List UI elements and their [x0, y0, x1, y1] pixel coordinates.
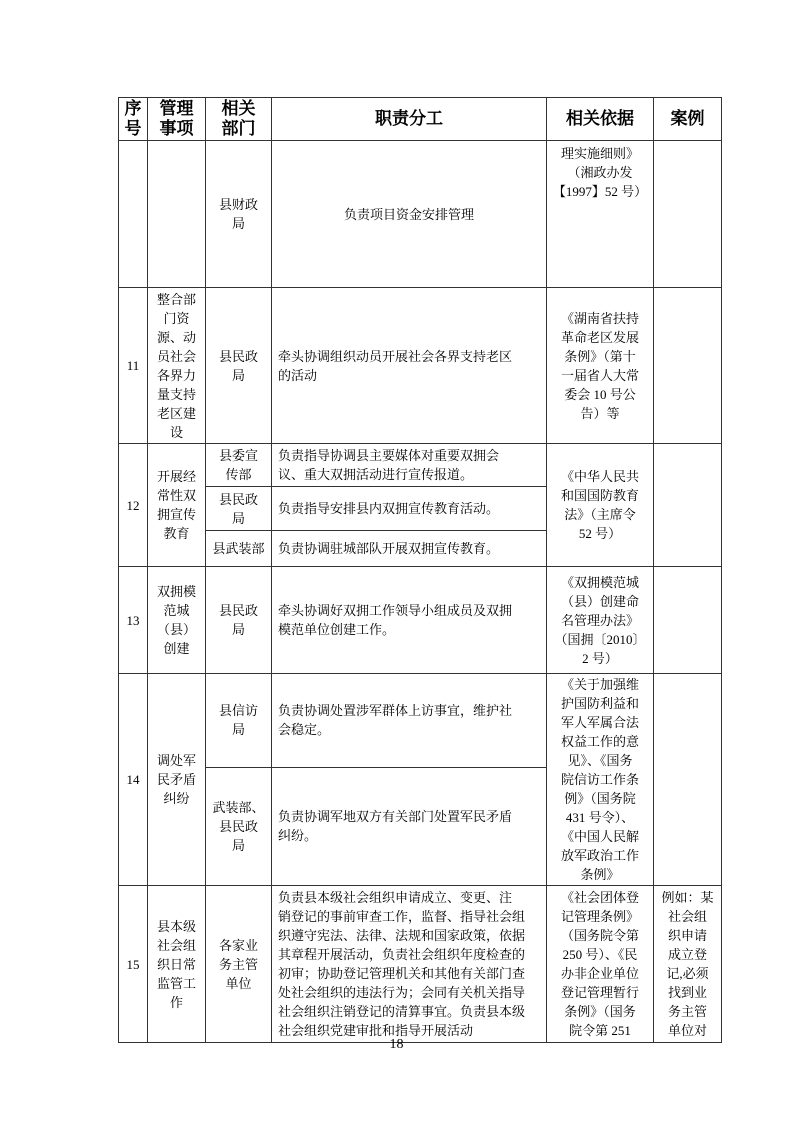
cell-case	[654, 141, 722, 288]
cell-basis: 《关于加强维 护国防利益和 军人军属合法 权益工作的意 见》、《国务 院信访工作…	[547, 674, 654, 886]
cell-case	[654, 674, 722, 886]
cell-matter: 县本级 社会组 织日常 监管工 作	[148, 886, 206, 1043]
cell-seq: 13	[119, 567, 148, 674]
cell-duty: 负责协调驻城部队开展双拥宣传教育。	[272, 531, 547, 567]
cell-duty: 负责项目资金安排管理	[272, 141, 547, 288]
cell-basis: 《中华人民共 和国国防教育 法》（主席令 52 号）	[547, 444, 654, 567]
cell-dept: 各家业 务主管 单位	[206, 886, 272, 1043]
cell-matter	[148, 141, 206, 288]
cell-dept: 县民政 局	[206, 487, 272, 531]
cell-dept: 县财政 局	[206, 141, 272, 288]
cell-duty: 牵头协调组织动员开展社会各界支持老区 的活动	[272, 288, 547, 444]
cell-seq: 14	[119, 674, 148, 886]
header-dept: 相关 部门	[206, 98, 272, 141]
cell-basis: 《双拥模范城 （县）创建命 名管理办法》 （国拥〔2010〕 2 号）	[547, 567, 654, 674]
cell-duty: 负责指导安排县内双拥宣传教育活动。	[272, 487, 547, 531]
cell-duty: 负责县本级社会组织申请成立、变更、注 销登记的事前审查工作，监督、指导社会组 织…	[272, 886, 547, 1043]
table-row: 13 双拥模 范城 （县） 创建 县民政 局 牵头协调好双拥工作领导小组成员及双…	[119, 567, 722, 674]
page-number: 18	[0, 1036, 793, 1054]
header-seq: 序 号	[119, 98, 148, 141]
header-case: 案例	[654, 98, 722, 141]
header-basis: 相关依据	[547, 98, 654, 141]
cell-matter: 整合部 门资 源、动 员社会 各界力 量支持 老区建 设	[148, 288, 206, 444]
cell-seq	[119, 141, 148, 288]
cell-duty: 负责协调处置涉军群体上访事宜，维护社 会稳定。	[272, 674, 547, 768]
cell-case	[654, 288, 722, 444]
cell-basis: 《社会团体登 记管理条例》 （国务院令第 250 号）、《民 办非企业单位 登记…	[547, 886, 654, 1043]
cell-duty: 负责指导协调县主要媒体对重要双拥会 议、重大双拥活动进行宣传报道。	[272, 444, 547, 487]
cell-dept: 县民政 局	[206, 567, 272, 674]
table-row: 14 调处军 民矛盾 纠纷 县信访 局 负责协调处置涉军群体上访事宜，维护社 会…	[119, 674, 722, 768]
cell-dept: 县民政 局	[206, 288, 272, 444]
cell-duty: 负责协调军地双方有关部门处置军民矛盾 纠纷。	[272, 767, 547, 885]
cell-basis: 《湖南省扶持 革命老区发展 条例》（第十 一届省人大常 委会 10 号公 告）等	[547, 288, 654, 444]
cell-dept: 县武装部	[206, 531, 272, 567]
cell-matter: 开展经 常性双 拥宣传 教育	[148, 444, 206, 567]
cell-seq: 12	[119, 444, 148, 567]
cell-seq: 11	[119, 288, 148, 444]
table-row: 15 县本级 社会组 织日常 监管工 作 各家业 务主管 单位 负责县本级社会组…	[119, 886, 722, 1043]
table-header-row: 序 号 管理 事项 相关 部门 职责分工 相关依据 案例	[119, 98, 722, 141]
table-row: 县财政 局 负责项目资金安排管理 理实施细则》 （湘政办发 【1997】52 号…	[119, 141, 722, 288]
cell-matter: 双拥模 范城 （县） 创建	[148, 567, 206, 674]
cell-matter: 调处军 民矛盾 纠纷	[148, 674, 206, 886]
cell-dept: 县委宣 传部	[206, 444, 272, 487]
cell-dept: 武装部、 县民政 局	[206, 767, 272, 885]
header-matter: 管理 事项	[148, 98, 206, 141]
header-duty: 职责分工	[272, 98, 547, 141]
cell-basis: 理实施细则》 （湘政办发 【1997】52 号）	[547, 141, 654, 288]
table-row: 12 开展经 常性双 拥宣传 教育 县委宣 传部 负责指导协调县主要媒体对重要双…	[119, 444, 722, 487]
cell-case: 例如：某 社会组 织申请 成立登 记,必须 找到业 务主管 单位对	[654, 886, 722, 1043]
cell-seq: 15	[119, 886, 148, 1043]
document-page: 序 号 管理 事项 相关 部门 职责分工 相关依据 案例 县财政 局 负责项目资…	[0, 0, 793, 1122]
cell-case	[654, 567, 722, 674]
table-row: 11 整合部 门资 源、动 员社会 各界力 量支持 老区建 设 县民政 局 牵头…	[119, 288, 722, 444]
responsibility-table: 序 号 管理 事项 相关 部门 职责分工 相关依据 案例 县财政 局 负责项目资…	[118, 97, 722, 1043]
cell-case	[654, 444, 722, 567]
cell-dept: 县信访 局	[206, 674, 272, 768]
cell-duty: 牵头协调好双拥工作领导小组成员及双拥 模范单位创建工作。	[272, 567, 547, 674]
